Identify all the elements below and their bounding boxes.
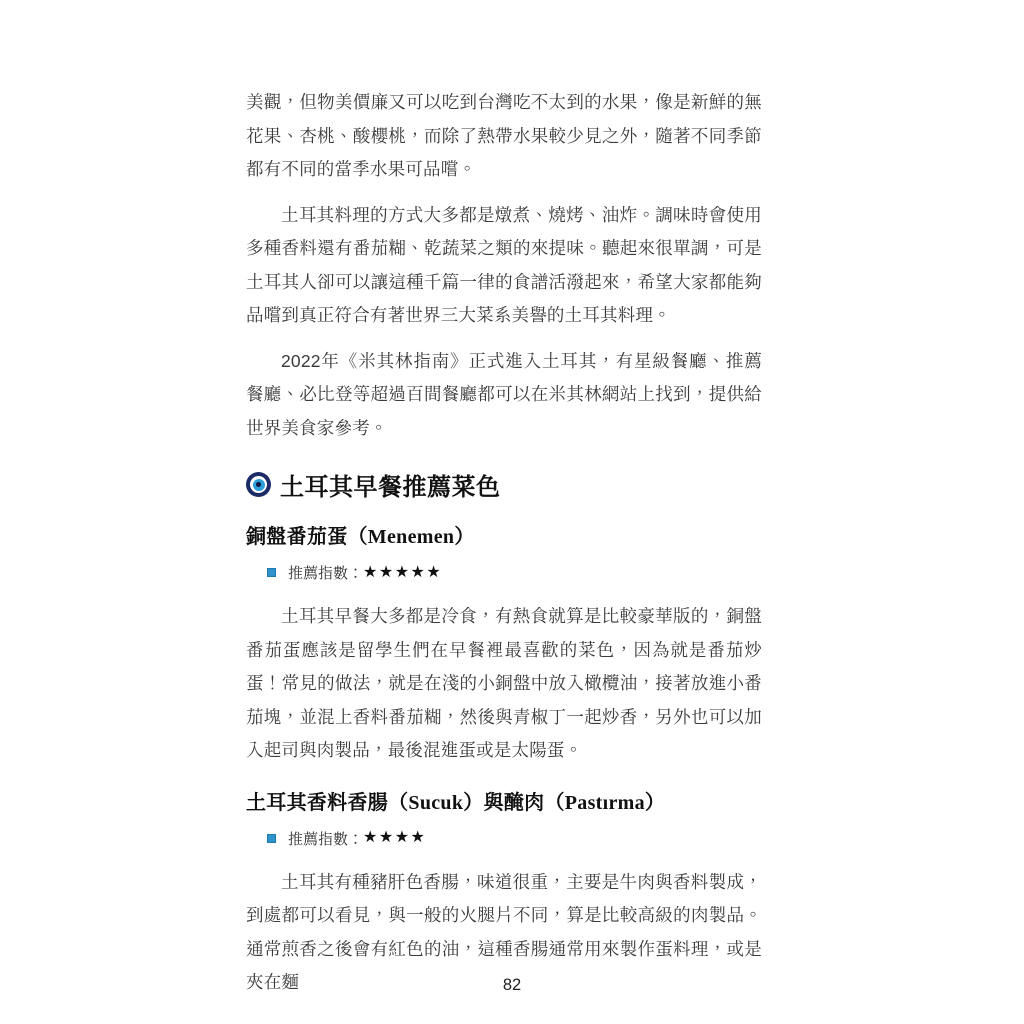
paragraph: 美觀，但物美價廉又可以吃到台灣吃不太到的水果，像是新鮮的無花果、杏桃、酸櫻桃，而… (246, 86, 762, 187)
square-bullet-icon (267, 568, 276, 577)
rating-stars: ★★★★ (363, 830, 426, 846)
nazar-eye-iris (253, 479, 265, 491)
section-heading-text: 土耳其早餐推薦菜色 (280, 467, 501, 502)
rating-row: 推薦指數： ★★★★ (267, 828, 762, 849)
dish-title: 土耳其香料香腸（Sucuk）與醃肉（Pastırma） (246, 786, 762, 815)
nazar-eye-white-ring (250, 476, 267, 493)
page-number: 82 (0, 976, 1024, 995)
rating-row: 推薦指數： ★★★★★ (267, 562, 762, 583)
book-page: 美觀，但物美價廉又可以吃到台灣吃不太到的水果，像是新鮮的無花果、杏桃、酸櫻桃，而… (0, 0, 1024, 1024)
page-content: 美觀，但物美價廉又可以吃到台灣吃不太到的水果，像是新鮮的無花果、杏桃、酸櫻桃，而… (246, 86, 762, 1012)
section-heading: 土耳其早餐推薦菜色 (246, 467, 762, 502)
dish-title: 銅盤番茄蛋（Menemen） (246, 520, 762, 549)
rating-label: 推薦指數： (288, 828, 363, 849)
nazar-eye-pupil (256, 482, 261, 487)
paragraph: 土耳其早餐大多都是冷食，有熱食就算是比較豪華版的，銅盤番茄蛋應該是留學生們在早餐… (246, 600, 762, 768)
rating-stars: ★★★★★ (363, 565, 442, 581)
rating-label: 推薦指數： (288, 562, 363, 583)
paragraph: 2022年《米其林指南》正式進入土耳其，有星級餐廳、推薦餐廳、必比登等超過百間餐… (246, 345, 762, 446)
square-bullet-icon (267, 834, 276, 843)
nazar-eye-icon (246, 472, 271, 497)
paragraph: 土耳其料理的方式大多都是燉煮、燒烤、油炸。調味時會使用多種香料還有番茄糊、乾蔬菜… (246, 199, 762, 333)
